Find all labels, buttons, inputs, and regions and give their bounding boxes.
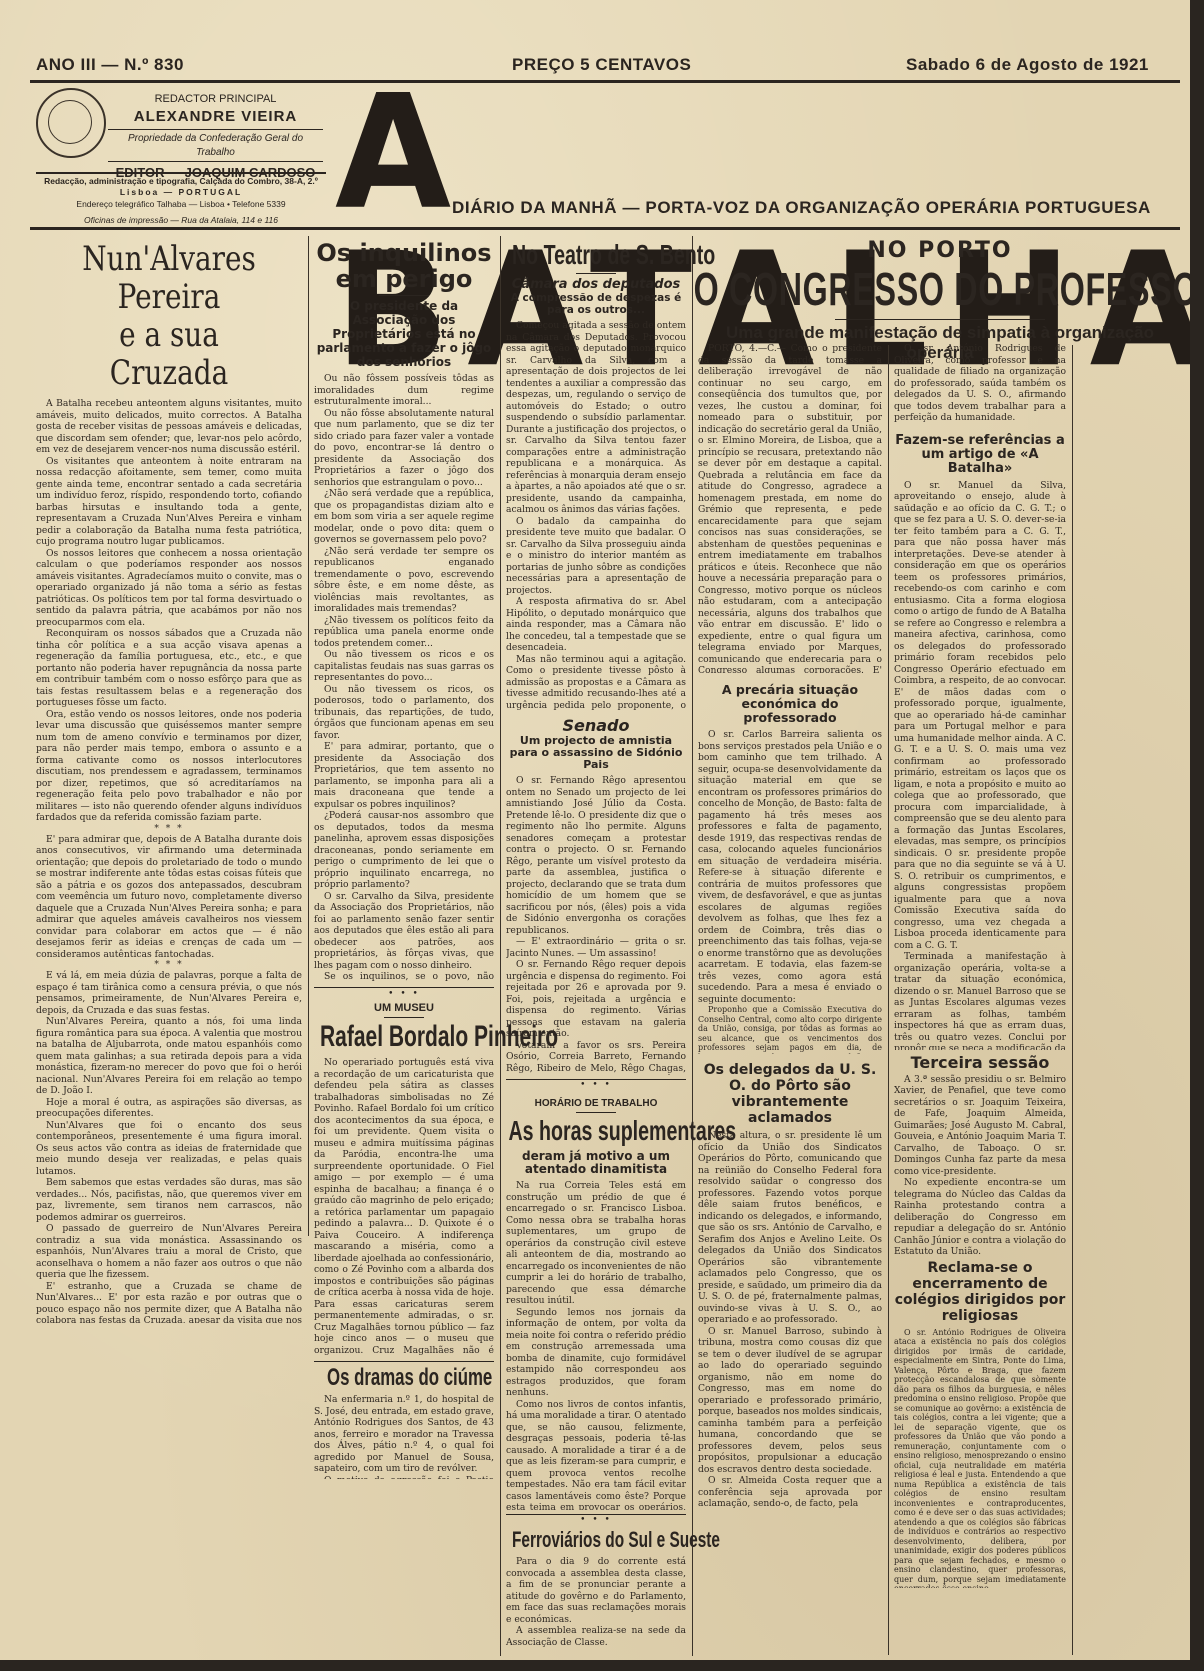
congresso-col-2: O sr. António Rodrigues de Oliveira, com… xyxy=(894,343,1066,1588)
article-teatro-sbento: No Teatro de S. Bento Câmara dos deputad… xyxy=(506,240,686,1648)
headline: As horas suplementares xyxy=(509,1116,684,1146)
kicker: NO PORTO xyxy=(698,238,1182,263)
subheadline: deram já motivo a um atentado dinamitist… xyxy=(506,1150,686,1176)
ownership: Propriedade da Confederação Geral do Tra… xyxy=(108,132,323,159)
subheadline: Um projecto de amnistia para o assassino… xyxy=(506,735,686,771)
headline: Ferroviários do Sul e Sueste xyxy=(512,1527,680,1553)
paragraph: O sr. Fernando Rêgo requer depois urgênc… xyxy=(506,959,686,1040)
article-body: O sr. Manuel da Silva, aproveitando o en… xyxy=(894,480,1066,1050)
paragraph: No expediente encontra-se um telegrama d… xyxy=(894,1177,1066,1254)
column-divider xyxy=(692,236,693,1656)
subheadline: Terceira sessão xyxy=(894,1056,1066,1070)
column-divider xyxy=(308,236,309,1236)
paragraph: O sr. Manuel Barroso, subindo à tribuna,… xyxy=(698,1326,882,1476)
congresso-col-1: PORTO, 4.—C.— Como o presidente da sessã… xyxy=(698,343,882,1600)
subheadline: A precária situação económica do profess… xyxy=(698,683,882,725)
paragraph: Reconquiram os nossos sábados que a Cruz… xyxy=(36,628,302,709)
paragraph: Ou não fôsse absolutamente natural que n… xyxy=(314,408,494,489)
article-body: O sr. Carlos Barreira salienta os bons s… xyxy=(698,729,882,1054)
paragraph: Ora, estão vendo os nossos leitores, ond… xyxy=(36,709,302,824)
headline: Os inquilinos em perigo xyxy=(314,240,494,292)
paragraph: Ou não fôssem possíveis tôdas as imorali… xyxy=(314,373,494,408)
address-block: Redacção, administração e tipografia, Ca… xyxy=(36,176,326,227)
article-body: Na enfermaria n.º 1, do hospital de S. J… xyxy=(314,1394,494,1479)
tagline: DIÁRIO DA MANHÃ — PORTA-VOZ DA ORGANIZAÇ… xyxy=(452,198,1151,218)
article-body: O sr. António Rodrigues de Oliveira atac… xyxy=(894,1328,1066,1588)
paragraph: Como nos livros de contos infantis, há u… xyxy=(506,1399,686,1511)
paragraph: ¿Não tivessem os políticos feito da repú… xyxy=(314,615,494,650)
paragraph: Ou não tivessem os ricos, os poderosos, … xyxy=(314,684,494,742)
city: Lisboa — PORTUGAL xyxy=(36,187,326,198)
redactor-label: REDACTOR PRINCIPAL xyxy=(108,92,323,107)
publication-date: Sabado 6 de Agosto de 1921 xyxy=(906,55,1149,75)
ornament: * * * xyxy=(36,824,302,834)
article-inquilinos: Os inquilinos em perigo O presidente da … xyxy=(314,240,494,1479)
headline: No Teatro de S. Bento xyxy=(512,240,680,270)
imprint-rule xyxy=(36,172,326,174)
paragraph: O sr. António Rodrigues de Oliveira, com… xyxy=(894,343,1066,424)
paragraph: Se os inquilinos, se o povo, não tiverem… xyxy=(314,971,494,983)
article-body: Ou não fôssem possíveis tôdas as imorali… xyxy=(314,373,494,983)
paragraph: ¿Não será verdade ter sempre os republic… xyxy=(314,546,494,615)
kicker: UM MUSEU xyxy=(314,1002,494,1014)
paragraph: E' para admirar que, depois de A Batalha… xyxy=(36,834,302,961)
article-body: A 3.ª sessão presidiu o sr. Belmiro Xavi… xyxy=(894,1074,1066,1254)
article-body: No operariado português está viva a reco… xyxy=(314,1057,494,1357)
paragraph: E' para admirar, portanto, que o preside… xyxy=(314,741,494,810)
article-body: Nesta altura, o sr. presidente lê um ofí… xyxy=(698,1130,882,1600)
headline: Nun'Alvares Pereira xyxy=(60,240,278,316)
issue-number: ANO III — N.º 830 xyxy=(36,55,184,75)
headline: Os dramas do ciúme xyxy=(327,1364,481,1392)
paragraph: O motivo da agressão foi o Pastio supôr … xyxy=(314,1475,494,1480)
column-divider xyxy=(1072,345,1073,1655)
paragraph: O sr. Carvalho da Silva, presidente da A… xyxy=(314,891,494,972)
paragraph: No operariado português está viva a reco… xyxy=(314,1057,494,1357)
article-body: O sr. António Rodrigues de Oliveira, com… xyxy=(894,343,1066,424)
paragraph: O sr. Almeida Costa requer que a conferê… xyxy=(698,1475,882,1510)
paragraph: O badalo da campainha do presidente teve… xyxy=(506,516,686,597)
paragraph: A assemblea realiza-se na sede da Associ… xyxy=(506,1625,686,1648)
article-body: O sr. Fernando Rêgo apresentou ontem no … xyxy=(506,775,686,1075)
paragraph: Hoje a moral é outra, as aspirações são … xyxy=(36,1097,302,1120)
paragraph: ¿Poderá causar-nos assombro que os deput… xyxy=(314,810,494,891)
article-nunalvares: Nun'Alvares Pereira e a sua Cruzada A Ba… xyxy=(36,240,302,1323)
article-body: Para o dia 9 do corrente está convocada … xyxy=(506,1556,686,1648)
section-label: Câmara dos deputados xyxy=(506,277,686,292)
paragraph: Os nossos leitores que conhecem a nossa … xyxy=(36,548,302,629)
paragraph: PORTO, 4.—C.— Como o presidente da sessã… xyxy=(698,343,882,673)
imprint-block: REDACTOR PRINCIPAL ALEXANDRE VIEIRA Prop… xyxy=(108,92,323,182)
paragraph: — E' extraordinário — grita o sr. Jacint… xyxy=(506,936,686,959)
paragraph: O sr. Fernando Rêgo apresentou ontem no … xyxy=(506,775,686,936)
article-body: PORTO, 4.—C.— Como o presidente da sessã… xyxy=(698,343,882,673)
paragraph: Segundo lemos nos jornais da informação … xyxy=(506,1307,686,1399)
column-divider xyxy=(888,345,889,1655)
paragraph: Nesta altura, o sr. presidente lê um ofí… xyxy=(698,1130,882,1326)
paragraph: Nun'Alvares que foi o encanto dos seus c… xyxy=(36,1120,302,1178)
cgt-seal-icon xyxy=(36,88,106,158)
paragraph: Votaram a favor os srs. Pereira Osório, … xyxy=(506,1040,686,1076)
newspaper-page: ANO III — N.º 830 PREÇO 5 CENTAVOS Sabad… xyxy=(0,0,1190,1660)
paragraph: Proponho que a Comissão Executiva do Con… xyxy=(698,1005,882,1054)
ornament: • • • xyxy=(314,987,494,999)
section-label: Senado xyxy=(506,716,686,735)
article-body: Na rua Correia Teles está em construção … xyxy=(506,1180,686,1510)
ornament: • • • xyxy=(506,1514,686,1525)
paragraph: O sr. Carlos Barreira salienta os bons s… xyxy=(698,729,882,1005)
paragraph: Na rua Correia Teles está em construção … xyxy=(506,1180,686,1307)
paragraph: Ou não tivessem os ricos e os capitalist… xyxy=(314,649,494,684)
headline-line-2: e a sua Cruzada xyxy=(60,316,278,392)
paragraph: A 3.ª sessão presidiu o sr. Belmiro Xavi… xyxy=(894,1074,1066,1178)
paragraph: Para o dia 9 do corrente está convocada … xyxy=(506,1556,686,1625)
telegraph: Endereço telegráfico Talhaba — Lisboa • … xyxy=(36,199,326,210)
paragraph: Terminada a manifestação à organização o… xyxy=(894,951,1066,1050)
paragraph: Mas não terminou aqui a agitação. Como o… xyxy=(506,654,686,711)
ornament: • • • xyxy=(506,1079,686,1090)
headline: O CONGRESSO DO PROFESSORADO PRIMÁRIO xyxy=(694,263,1187,315)
subheadline: Fazem-se referências a um artigo de «A B… xyxy=(894,434,1066,476)
paragraph: Bem sabemos que estas verdades são duras… xyxy=(36,1177,302,1223)
paragraph: Começou agitada a sessão de ontem na Câm… xyxy=(506,320,686,516)
paragraph: Os visitantes que anteontem à noite entr… xyxy=(36,456,302,548)
paragraph: A resposta afirmativa do sr. Abel Hipóli… xyxy=(506,596,686,654)
redactor-name: ALEXANDRE VIEIRA xyxy=(108,107,323,127)
article-body: A Batalha recebeu anteontem alguns visit… xyxy=(36,398,302,1323)
paragraph: A Batalha recebeu anteontem alguns visit… xyxy=(36,398,302,456)
column-divider xyxy=(500,236,501,1656)
price: PREÇO 5 CENTAVOS xyxy=(512,55,691,75)
paragraph: Na enfermaria n.º 1, do hospital de S. J… xyxy=(314,1394,494,1475)
kicker: HORÁRIO DE TRABALHO xyxy=(506,1098,686,1109)
masthead-rule xyxy=(30,227,1180,230)
paragraph: ¿Não será verdade que a república, que o… xyxy=(314,488,494,546)
article-body: Começou agitada a sessão de ontem na Câm… xyxy=(506,320,686,710)
subheadline: A compressão de despezas é para os outro… xyxy=(506,292,686,316)
ornament: * * * xyxy=(36,960,302,970)
paragraph: O passado de guerreiro de Nun'Alvares Pe… xyxy=(36,1223,302,1281)
subheadline: O presidente da Associação dos Proprietá… xyxy=(314,299,494,369)
subheadline: Reclama-se o encerramento de colégios di… xyxy=(894,1260,1066,1324)
paragraph: O sr. António Rodrigues de Oliveira atac… xyxy=(894,1328,1066,1588)
headline: Rafael Bordalo Pinheiro xyxy=(320,1021,488,1053)
subheadline: Os delegados da U. S. O. do Pôrto são vi… xyxy=(698,1062,882,1126)
paragraph: E vá lá, em meia dúzia de palavras, porq… xyxy=(36,970,302,1016)
paragraph: O sr. Manuel da Silva, aproveitando o en… xyxy=(894,480,1066,952)
workshops: Oficinas de impressão — Rua da Atalaia, … xyxy=(36,215,326,226)
address: Redacção, administração e tipografia, Ca… xyxy=(36,176,326,187)
paragraph: Nun'Alvares Pereira, quanto a nós, foi u… xyxy=(36,1016,302,1097)
paragraph: E' estranho, que a Cruzada se chame de N… xyxy=(36,1281,302,1324)
